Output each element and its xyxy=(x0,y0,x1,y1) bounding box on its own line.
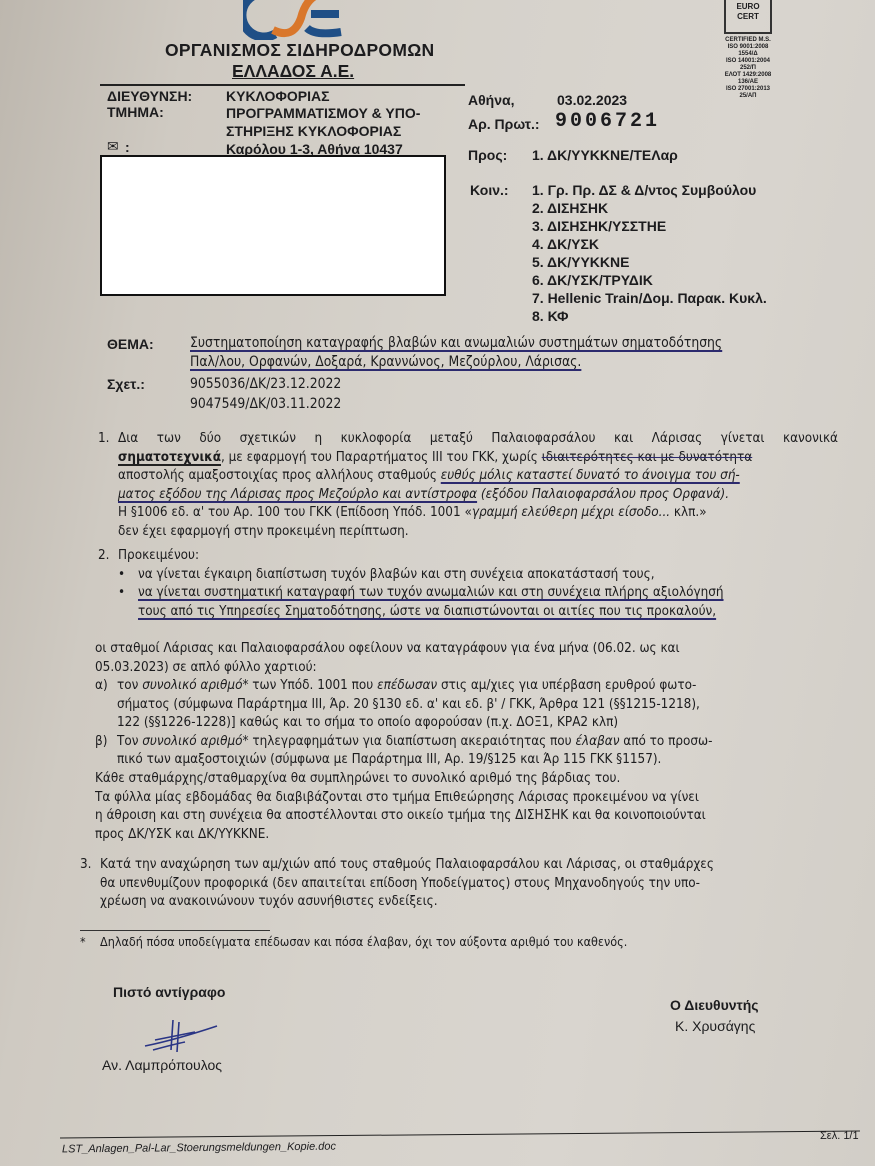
eurocert-logo: EURO CERT xyxy=(724,0,772,34)
director-name: Κ. Χρυσάγης xyxy=(675,1018,755,1034)
director-title: Ο Διευθυντής xyxy=(670,997,759,1013)
cc-item: 8. ΚΦ xyxy=(532,307,767,325)
department-value-line2: ΣΤΗΡΙΞΗΣ ΚΥΚΛΟΦΟΡΙΑΣ xyxy=(226,122,401,140)
ose-logo-icon xyxy=(243,0,353,40)
subject-line1: Συστηματοποίηση καταγραφής βλαβών και αν… xyxy=(190,334,722,353)
cc-item: 5. ΔΚ/ΥΥΚΚΝΕ xyxy=(532,253,767,271)
footnote-mark: * xyxy=(80,933,86,952)
related-label: Σχετ.: xyxy=(107,375,145,393)
cc-item: 1. Γρ. Πρ. ΔΣ & Δ/ντος Συμβούλου xyxy=(532,181,767,199)
org-name-line2: ΕΛΛΑΔΟΣ Α.Ε. xyxy=(232,61,354,82)
document-date: 03.02.2023 xyxy=(557,91,627,109)
footer-filename: LST_Anlagen_Pal-Lar_Stoerungsmeldungen_K… xyxy=(62,1141,336,1156)
to-label: Προς: xyxy=(468,146,507,164)
protocol-label: Αρ. Πρωτ.: xyxy=(468,115,540,133)
paragraph-2-stations: οι σταθμοί Λάρισας και Παλαιοφαρσάλου οφ… xyxy=(95,640,840,677)
footer-page-number: Σελ. 1/1 xyxy=(820,1130,859,1142)
paragraph-2: Προκειμένου: • να γίνεται έγκαιρη διαπίσ… xyxy=(118,547,838,621)
envelope-icon: ✉ xyxy=(107,138,119,155)
directorate-value: ΚΥΚΛΟΦΟΡΙΑΣ xyxy=(226,87,330,105)
paragraph-1: Δια των δύο σχετικών η κυκλοφορία μεταξύ… xyxy=(118,430,838,541)
paragraph-2-closing: Κάθε σταθμάρχης/σταθμαρχίνα θα συμπληρών… xyxy=(95,770,845,844)
paragraph-3: Κατά την αναχώρηση των αμ/χιών από τους … xyxy=(100,856,850,912)
footnote: Δηλαδή πόσα υποδείγματα επέδωσαν και πόσ… xyxy=(100,933,627,952)
to-item: 1. ΔΚ/ΥΥΚΚΝΕ/ΤΕΛαρ xyxy=(532,146,678,164)
place-label: Αθήνα, xyxy=(468,91,515,109)
certification-badge: EURO CERT CERTIFIED M.S. ISO 9001:2008 1… xyxy=(720,0,776,100)
org-name-line1: ΟΡΓΑΝΙΣΜΟΣ ΣΙΔΗΡΟΔΡΟΜΩΝ xyxy=(165,40,435,61)
signature-icon xyxy=(135,1020,225,1052)
protocol-number: 9006721 xyxy=(555,110,660,133)
subject-line2: Παλ/λου, Ορφανών, Δοξαρά, Κραννώνος, Μεζ… xyxy=(190,353,581,372)
paragraph-number: 3. xyxy=(80,856,92,875)
cc-item: 4. ΔΚ/ΥΣΚ xyxy=(532,235,767,253)
cc-list: 1. Γρ. Πρ. ΔΣ & Δ/ντος Συμβούλου 2. ΔΙΣΗ… xyxy=(532,181,767,325)
cc-item: 7. Hellenic Train/Δομ. Παρακ. Κυκλ. xyxy=(532,289,767,307)
related-ref: 9047549/ΔΚ/03.11.2022 xyxy=(190,395,341,414)
directorate-label: ΔΙΕΥΘΥΝΣΗ: xyxy=(107,88,192,104)
cc-item: 2. ΔΙΣΗΣΗΚ xyxy=(532,199,767,217)
department-value-line1: ΠΡΟΓΡΑΜΜΑΤΙΣΜΟΥ & ΥΠΟ- xyxy=(226,104,420,122)
bullet-icon: • xyxy=(118,584,125,603)
cc-label: Κοιν.: xyxy=(470,181,509,199)
department-label: ΤΜΗΜΑ: xyxy=(107,104,164,120)
redacted-address-box xyxy=(100,155,446,296)
copy-signer: Αν. Λαμπρόπουλος xyxy=(102,1057,222,1073)
cc-item: 6. ΔΚ/ΥΣΚ/ΤΡΥΔΙΚ xyxy=(532,271,767,289)
subject-label: ΘΕΜΑ: xyxy=(107,335,154,353)
copy-label: Πιστό αντίγραφο xyxy=(113,984,225,1000)
cc-item: 3. ΔΙΣΗΣΗΚ/ΥΣΣΤΗΕ xyxy=(532,217,767,235)
bullet-icon: • xyxy=(118,566,125,585)
related-ref: 9055036/ΔΚ/23.12.2022 xyxy=(190,375,341,394)
footnote-divider xyxy=(80,930,270,931)
item-a: α) τον συνολικό αριθμό* των Υπόδ. 1001 π… xyxy=(95,677,845,770)
paragraph-number: 2. xyxy=(98,547,110,566)
paragraph-number: 1. xyxy=(98,430,110,449)
footer-divider xyxy=(60,1131,860,1139)
header-divider xyxy=(100,84,465,86)
